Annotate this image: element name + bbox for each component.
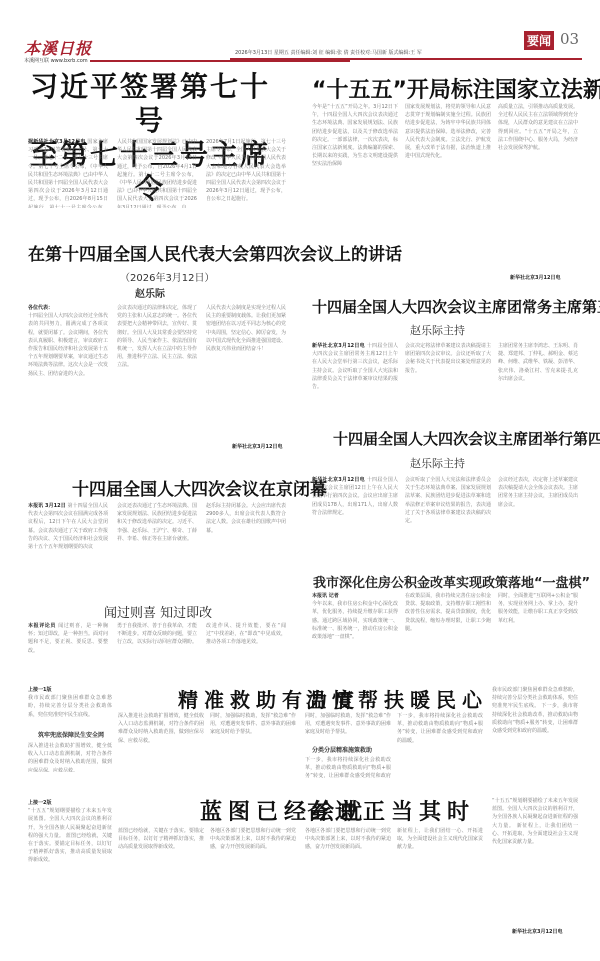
relief-text-4: 同时，加强临时救助，发挥“救急难”作用，对遭遇突发事件、意外事故的困难家庭及时给… [305,713,391,734]
decrees-text-1: 国家主席习近平12日签署第七十号、第七十一号、第七十二号、第七十三号主席令。第七… [28,139,108,208]
presidium-3-host: 赵乐际主持 [410,322,465,338]
decrees-column-2: 人民共和国国家发展规划法》已由中华人民共和国第十四届全国人民代表大会第四次会议于… [117,138,197,208]
presidium-3-text-2: 会议决定将法律草案建议表决稿提请主席团第四次会议审议。会议还听取了大会秘书处关于… [405,343,491,374]
closing-column-2: 会议还表决通过了生态环境法典、国家发展规划法、民族团结进步促进法和关于修改选举法… [117,502,197,580]
correction-column-1: 本报评论员 闻过则喜，是一种胸怀；知过即改，是一种担当。面对问题和不足，要正视、… [28,622,108,670]
page-number: 03 [560,30,579,48]
correction-text-3: 改进作风、提升效能，要在“闻过”中找差距，在“即改”中见成效，推动各项工作落地见… [206,623,286,645]
speech-text-1: 十四届全国人大四次会议经过全体代表的共同努力，圆满完成了各项议程，就要闭幕了。会… [28,313,108,376]
correction-text-2: 勇于自我批评、善于自我革命，才能不断进步。对群众反映的问题，要立行立改，以实际行… [117,623,197,645]
relief-column-2: 深入推进社会救助扩围增效，健全低收入人口动态监测机制，对符合条件的困难群众及时纳… [118,712,204,772]
masthead-divider-right [230,58,582,60]
presidium-3-column-1: 新华社北京3月12日电 十四届全国人大四次会议主席团常务主席12日上午在人民大会… [312,342,398,402]
closing-headline: 十四届全国人大四次会议在京闭幕 [72,475,327,500]
blueprint-text-2: 蓝图已经绘就，关键在于落实。要锚定目标任务，以钉钉子精神抓好落实，推动高质量发展… [118,828,204,850]
presidium-3-text-3: 主席团常务主席李鸿忠、王东明、肖捷、郑建邦、丁仲礼、郝明金、蔡达峰、何维、武维华… [498,343,578,382]
presidium-4-text-2: 会议听取了全国人大宪法和法律委员会关于生态环境法典草案、国家发展规划法草案、民族… [405,477,491,524]
housing-fund-text-3: 同时，全面推进“互联网+公积金”服务，实现业务网上办、掌上办，提升服务效能，让缴… [498,593,578,624]
presidium-3-column-2: 会议决定将法律草案建议表决稿提请主席团第四次会议审议。会议还听取了大会秘书处关于… [405,342,491,402]
housing-fund-dateline: 本报讯 记者 [312,592,398,600]
website-url: 本溪网互联 www.bxrb.com [24,57,88,64]
housing-fund-column-3: 同时，全面推进“互联网+公积金”服务，实现业务网上办、掌上办，提升服务效能，让缴… [498,592,578,670]
housing-fund-column-1: 本报讯 记者 今年以来，我市住房公积金中心深化改革，优化服务，持续提升缴存职工获… [312,592,398,670]
blueprint-column-1: 上接一2版 “十五五”规划纲要描绘了未来五年发展蓝图。全国人大四次会议的胜利召开… [28,799,112,935]
fifteenth-plan-signoff: 新华社北京3月12日电 [510,274,560,281]
blueprint-column-5: 新征程上，让我们团结一心、开拓进取，为全面建设社会主义现代化国家贡献力量。 [397,827,483,933]
closing-column-1: 本报讯 3月12日 第十四届全国人民代表大会第四次会议在圆满完成各项议程后，12… [28,502,108,580]
housing-fund-text-1: 今年以来，我市住房公积金中心深化改革，优化服务，持续提升缴存职工获得感。通过跨区… [312,601,398,640]
relief-headline-right: 温情帮扶暖民心 [306,684,488,713]
presidium-4-headline: 十四届全国人大四次会议主席团举行第四次会议 [333,428,600,449]
decrees-column-1: 据新华社北京3月12日电 国家主席习近平12日签署第七十号、第七十一号、第七十二… [28,138,108,208]
presidium-3-text-1: 十四届全国人大四次会议主席团常务主席12日上午在人民大会堂举行第三次会议，赵乐际… [312,343,398,390]
relief-column-5: 下一步，我市将持续深化社会救助改革，推动救助由物质救助向“物质+服务”转变，让困… [397,712,483,778]
decrees-text-3: 2026年7月1日起施行。第七十三号主席令公布，全国人民代表大会关于修改《中华人… [206,139,286,202]
speech-date: （2026年3月12日） [120,269,215,284]
presidium-4-host: 赵乐际主持 [410,455,465,471]
correction-column-2: 勇于自我批评、善于自我革命，才能不断进步。对群众反映的问题，要立行立改，以实际行… [117,622,197,670]
closing-text-3: 赵乐际主持闭幕会。大会应出席代表2900多人，出席会议代表人数符合法定人数。会议… [206,503,286,534]
closing-text-1: 第十四届全国人民代表大会第四次会议在圆满完成各项议程后，12日下午在人民大会堂闭… [28,503,108,550]
newspaper-logo: 本溪日报 [24,36,92,59]
speech-text-3: 人民代表大会制度是实现全过程人民民主的重要制度载体。让我们更加紧密地团结在以习近… [206,305,286,352]
blueprint-dateline: 上接一2版 [28,799,112,807]
relief-text-4b: 下一步，我市将持续深化社会救助改革，推动救助由物质救助向“物质+服务”转变，让困… [305,757,391,778]
speech-headline: 在第十四届全国人民代表大会第四次会议上的讲话 [28,240,402,265]
fifteenth-plan-column-3: 高质量立法，引领推动高质量发展。全过程人民民主在立法领域得到充分体现，人民群众的… [498,103,578,273]
closing-dateline: 本报讯 3月12日 [28,503,66,509]
speech-column-2: 会议表决通过的法律和决定，体现了党的主张和人民意志的统一。各位代表要把大会精神带… [117,304,197,452]
speech-text-2: 会议表决通过的法律和决定，体现了党的主张和人民意志的统一。各位代表要把大会精神带… [117,305,197,368]
decrees-dateline: 据新华社北京3月12日电 [28,139,86,145]
section-badge: 要闻 [524,31,554,50]
decrees-text-2: 人民共和国国家发展规划法》已由中华人民共和国第十四届全国人民代表大会第四次会议于… [117,139,197,208]
housing-fund-text-2: 在政策层面，我市持续完善住房公积金贷款、提取政策，支持缴存职工刚性和改善性住房需… [405,593,491,632]
correction-headline: 闻过则喜 知过即改 [104,602,212,621]
speech-signoff: 新华社北京3月12日电 [232,443,282,450]
relief-text-2: 深入推进社会救助扩围增效，健全低收入人口动态监测机制，对符合条件的困难群众及时纳… [118,713,204,744]
relief-text-1b: 深入推进社会救助扩围增效，健全低收入人口动态监测机制，对符合条件的困难群众及时纳… [28,743,112,772]
relief-subhead-right: 分类分层精准施策救助 [312,745,372,754]
blueprint-headline-right: 奋进正当其时 [307,795,475,826]
blueprint-column-3: 各地区各部门要把思想和行动统一到党中央决策部署上来，以时不我待的紧迫感，奋力开创… [210,827,296,933]
fifteenth-plan-headline: “十五五”开局标注国家立法新刻度 [312,73,600,104]
decrees-headline-line1: 习近平签署第七十号 [30,70,270,138]
presidium-3-headline: 十四届全国人大四次会议主席团常务主席第三次会议举行 [312,296,600,317]
relief-text-3: 同时，加强临时救助，发挥“救急难”作用，对遭遇突发事件、意外事故的困难家庭及时给… [210,713,296,735]
relief-column-6: 我市民政部门聚焦困难群众急难愁盼，持续完善分层分类社会救助体系，兜住兜准兜牢民生… [492,686,578,778]
closing-text-2: 会议还表决通过了生态环境法典、国家发展规划法、民族团结进步促进法和关于修改选举法… [117,503,197,542]
relief-column-4: 同时，加强临时救助，发挥“救急难”作用，对遭遇突发事件、意外事故的困难家庭及时给… [305,712,391,734]
relief-text-5: 下一步，我市将持续深化社会救助改革，推动救助由物质救助向“物质+服务”转变，让困… [397,713,483,744]
presidium-4-column-3: 会议经过表决，决定将上述草案建议表决稿提请大会全体会议表决。主席团常务主席主持会… [498,476,578,550]
blueprint-text-5: 新征程上，让我们团结一心、开拓进取，为全面建设社会主义现代化国家贡献力量。 [397,828,483,850]
fifteenth-plan-text-1: 今年是“十五五”开局之年。3月12日下午，十四届全国人大四次会议表决通过生态环境… [312,104,398,167]
blueprint-column-4: 各地区各部门要把思想和行动统一到党中央决策部署上来，以时不我待的紧迫感，奋力开创… [305,827,391,927]
relief-subhead-left: 筑牢兜底保障民生安全网 [38,730,104,739]
blueprint-text-3: 各地区各部门要把思想和行动统一到党中央决策部署上来，以时不我待的紧迫感，奋力开创… [210,828,296,850]
speech-column-3: 人民代表大会制度是实现全过程人民民主的重要制度载体。让我们更加紧密地团结在以习近… [206,304,286,440]
blueprint-column-2: 蓝图已经绘就，关键在于落实。要锚定目标任务，以钉钉子精神抓好落实，推动高质量发展… [118,827,204,933]
relief-dateline: 上接一1版 [28,686,112,694]
speech-author: 赵乐际 [135,285,165,300]
relief-text-1: 我市民政部门聚焦困难群众急难愁盼，持续完善分层分类社会救助体系，兜住兜准兜牢民生… [28,695,112,717]
presidium-4-column-2: 会议听取了全国人大宪法和法律委员会关于生态环境法典草案、国家发展规划法草案、民族… [405,476,491,550]
fifteenth-plan-column-2: 国家发展规划法，将党的领导和人民意志贯穿于规划编制实施全过程。民族团结进步促进法… [405,103,491,283]
fifteenth-plan-text-3: 高质量立法，引领推动高质量发展。全过程人民民主在立法领域得到充分体现，人民群众的… [498,104,578,151]
relief-column-1: 上接一1版 我市民政部门聚焦困难群众急难愁盼，持续完善分层分类社会救助体系，兜住… [28,686,112,728]
masthead-divider-left [90,60,350,62]
relief-column-3: 同时，加强临时救助，发挥“救急难”作用，对遭遇突发事件、意外事故的困难家庭及时给… [210,712,296,772]
blueprint-column-6: “十五五”规划纲要描绘了未来五年发展蓝图。全国人大四次会议的胜利召开，为全国各族… [492,797,578,925]
correction-column-3: 改进作风、提升效能，要在“闻过”中找差距，在“即改”中见成效，推动各项工作落地见… [206,622,286,670]
presidium-3-dateline: 新华社北京3月12日电 [312,343,365,349]
relief-column-1b: 深入推进社会救助扩围增效，健全低收入人口动态监测机制，对符合条件的困难群众及时纳… [28,742,112,772]
correction-dateline: 本报评论员 [28,623,56,629]
housing-fund-column-2: 在政策层面，我市持续完善住房公积金贷款、提取政策，支持缴存职工刚性和改善性住房需… [405,592,491,670]
speech-column-1: 各位代表： 十四届全国人大四次会议经过全体代表的共同努力，圆满完成了各项议程，就… [28,304,108,452]
edition-info: 2026年3月13日 星期五 责任编辑:刘 征 编辑:张 倩 责任校对:马国新 … [235,49,422,56]
blueprint-signoff: 新华社北京3月12日电 [512,928,562,935]
blueprint-text-4: 各地区各部门要把思想和行动统一到党中央决策部署上来，以时不我待的紧迫感，奋力开创… [305,828,391,850]
presidium-4-text-3: 会议经过表决，决定将上述草案建议表决稿提请大会全体会议表决。主席团常务主席主持会… [498,477,578,508]
speech-salutation: 各位代表： [28,304,108,312]
decrees-column-3: 2026年7月1日起施行。第七十三号主席令公布，全国人民代表大会关于修改《中华人… [206,138,286,208]
closing-column-3: 赵乐际主持闭幕会。大会应出席代表2900多人，出席会议代表人数符合法定人数。会议… [206,502,286,580]
relief-column-4b: 下一步，我市将持续深化社会救助改革，推动救助由物质救助向“物质+服务”转变，让困… [305,756,391,778]
fifteenth-plan-text-2: 国家发展规划法，将党的领导和人民意志贯穿于规划编制实施全过程。民族团结进步促进法… [405,104,491,159]
housing-fund-headline: 我市深化住房公积金改革实现政策落地“一盘棋” [313,572,590,591]
presidium-3-column-3: 主席团常务主席李鸿忠、王东明、肖捷、郑建邦、丁仲礼、郝明金、蔡达峰、何维、武维华… [498,342,578,394]
